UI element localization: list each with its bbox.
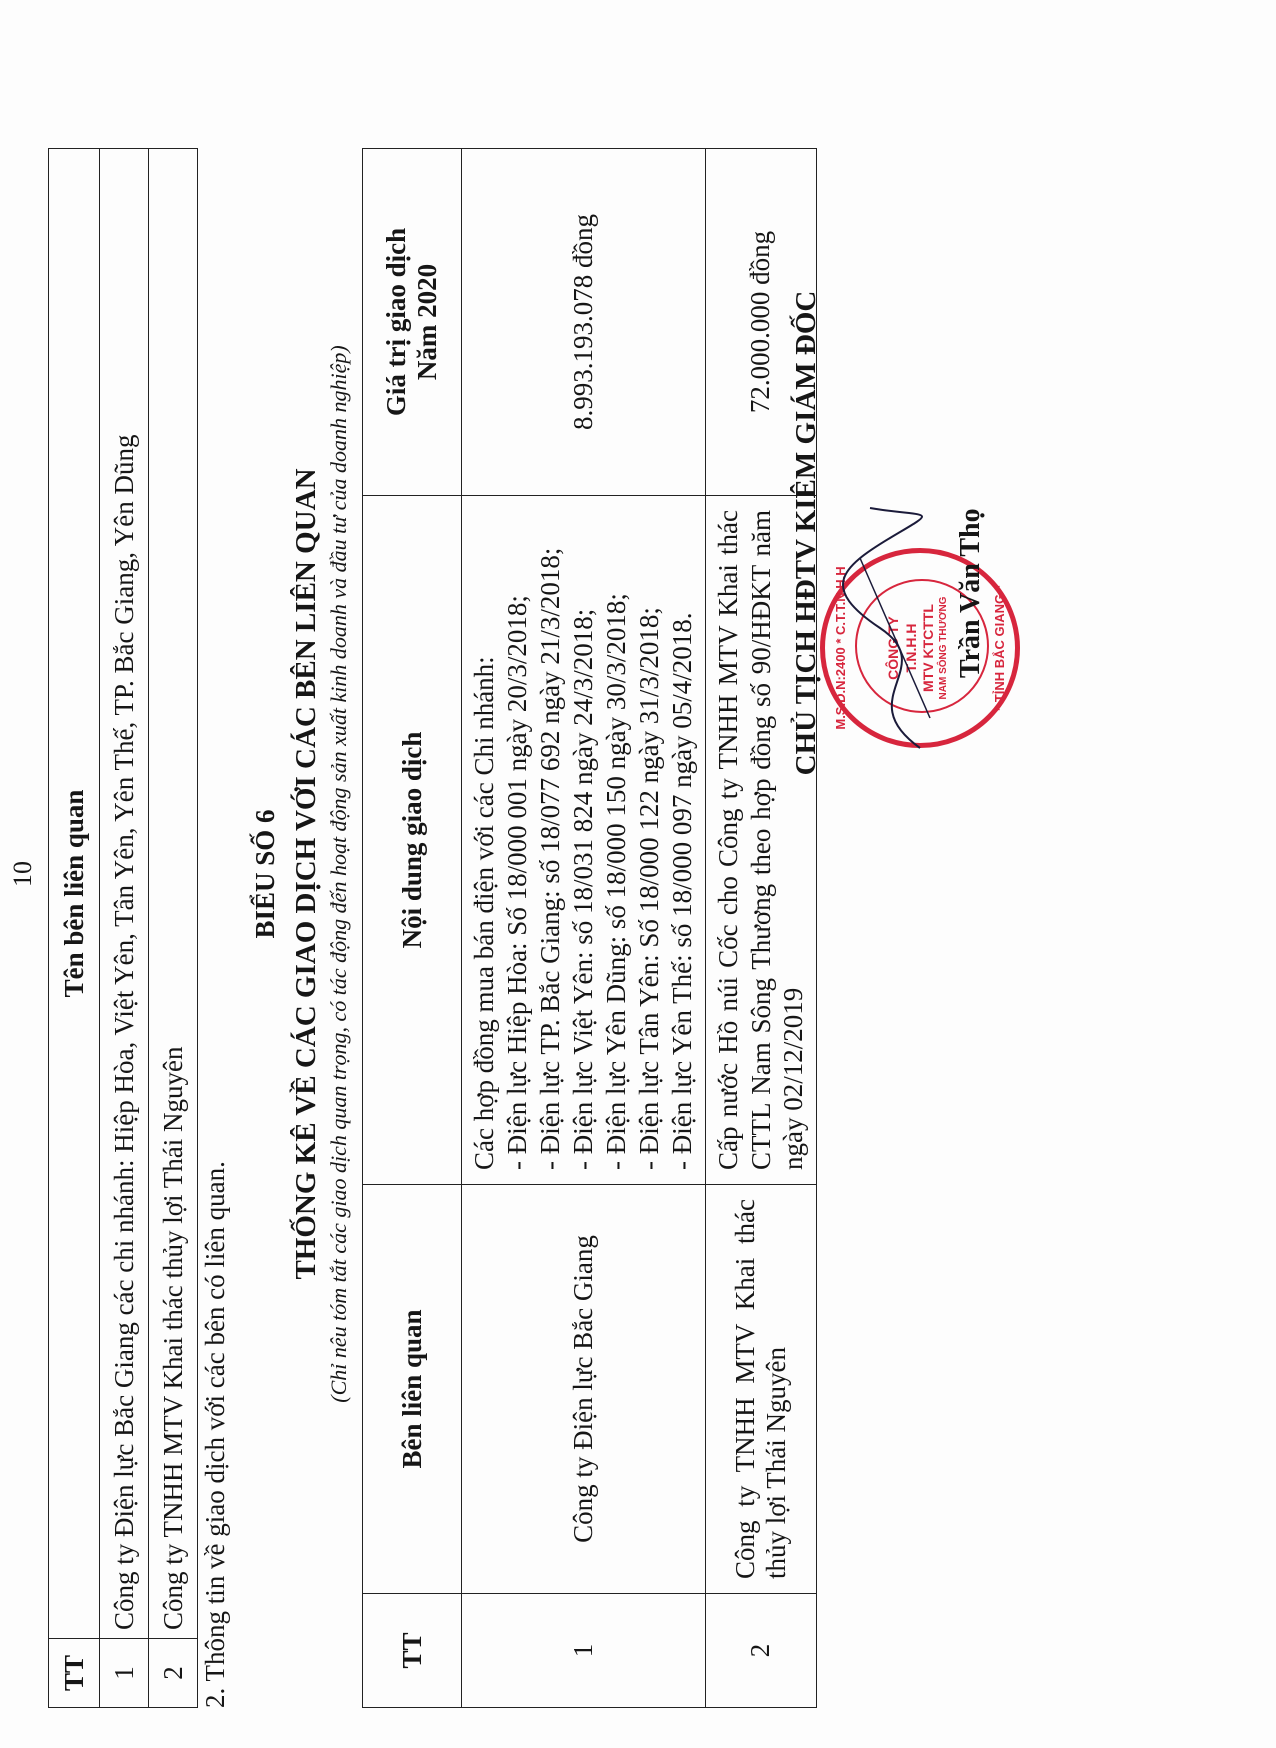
document-page: 10 TT Tên bên liên quan 1 Công ty Điện l… xyxy=(0,0,1276,1748)
table-header-row: TT Tên bên liên quan xyxy=(49,149,100,1708)
header-tt: TT xyxy=(363,1594,462,1708)
header-content: Nội dung giao dịch xyxy=(363,496,462,1185)
row-party: Công ty Điện lực Bắc Giang xyxy=(462,1185,706,1594)
content-line: - Điện lực Hiệp Hòa: Số 18/000 001 ngày … xyxy=(501,510,534,1170)
signature-title: CHỦ TỊCH HĐTV KIÊM GIÁM ĐỐC xyxy=(790,223,823,843)
signatory-name: Trần Văn Thọ xyxy=(955,508,987,678)
content-line: - Điện lực Việt Yên: số 18/031 824 ngày … xyxy=(567,510,600,1170)
row-content: Các hợp đồng mua bán điện với các Chi nh… xyxy=(462,496,706,1185)
stamp-ring-bottom: * TỈNH BẮC GIANG * xyxy=(992,553,1007,743)
row-tt: 2 xyxy=(149,1639,198,1708)
content-line: - Điện lực Yên Thế: số 18/000 097 ngày 0… xyxy=(666,510,699,1170)
content-line: - Điện lực Yên Dũng: số 18/000 150 ngày … xyxy=(600,510,633,1170)
form-subtitle: (Chỉ nêu tóm tắt các giao dịch quan trọn… xyxy=(326,0,352,1748)
table-row: 2 Công ty TNHH MTV Khai thác thủy lợi Th… xyxy=(149,149,198,1708)
form-title: THỐNG KÊ VỀ CÁC GIAO DỊCH VỚI CÁC BÊN LI… xyxy=(290,0,323,1748)
row-party-name: Công ty Điện lực Bắc Giang các chi nhánh… xyxy=(100,149,149,1639)
transactions-table: TT Bên liên quan Nội dung giao dịch Giá … xyxy=(362,148,817,1708)
handwritten-signature-icon xyxy=(830,498,950,758)
row-value: 8.993.193.078 đồng xyxy=(462,149,706,496)
header-value-line2: Năm 2020 xyxy=(412,264,442,380)
header-party: Bên liên quan xyxy=(363,1185,462,1594)
table-row: 1 Công ty Điện lực Bắc Giang các chi nhá… xyxy=(100,149,149,1708)
row-tt: 1 xyxy=(100,1639,149,1708)
table-row: 1 Công ty Điện lực Bắc Giang Các hợp đồn… xyxy=(462,149,706,1708)
form-label: BIỂU SỐ 6 xyxy=(250,0,281,1748)
row-party-name: Công ty TNHH MTV Khai thác thủy lợi Thái… xyxy=(149,149,198,1639)
content-line: - Điện lực Tân Yên: Số 18/000 122 ngày 3… xyxy=(633,510,666,1170)
header-party-name: Tên bên liên quan xyxy=(49,149,100,1639)
header-tt: TT xyxy=(49,1639,100,1708)
page-number: 10 xyxy=(8,0,38,1748)
table-header-row: TT Bên liên quan Nội dung giao dịch Giá … xyxy=(363,149,462,1708)
row-tt: 1 xyxy=(462,1594,706,1708)
content-line: - Điện lực TP. Bắc Giang: số 18/077 692 … xyxy=(534,510,567,1170)
related-parties-table: TT Tên bên liên quan 1 Công ty Điện lực … xyxy=(48,148,198,1708)
content-line: Các hợp đồng mua bán điện với các Chi nh… xyxy=(468,510,501,1170)
row-tt: 2 xyxy=(705,1594,817,1708)
row-party: Công ty TNHH MTV Khai thác thủy lợi Thái… xyxy=(705,1185,817,1594)
header-value-line1: Giá trị giao dịch xyxy=(381,228,411,416)
header-value: Giá trị giao dịch Năm 2020 xyxy=(363,149,462,496)
section-note: 2. Thông tin về giao dịch với các bên có… xyxy=(200,1161,231,1708)
